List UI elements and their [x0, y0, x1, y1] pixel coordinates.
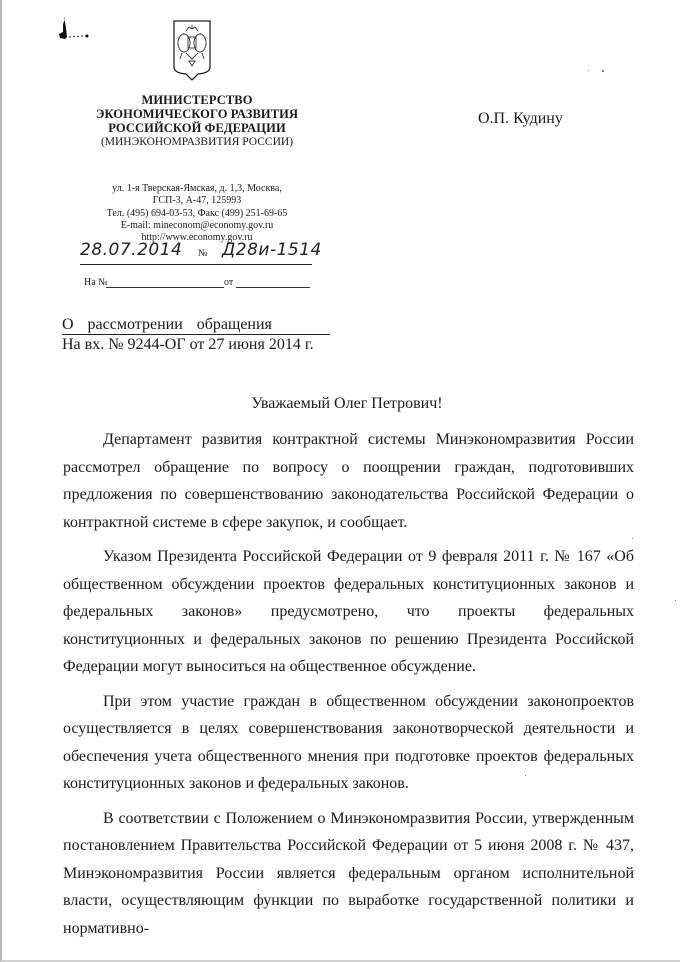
ministry-short-name: (МИНЭКОНОМРАЗВИТИЯ РОССИИ)	[82, 135, 312, 149]
registration-line: 28.07.2014 № Д28и-1514	[80, 238, 312, 265]
scan-speck	[632, 538, 633, 539]
recipient: О.П. Кудину	[478, 110, 563, 128]
ministry-line: МИНИСТЕРСТВО	[82, 93, 312, 107]
registration-number: Д28и-1514	[222, 240, 322, 260]
ref-number-label: На №	[84, 277, 108, 288]
scan-speck	[675, 600, 676, 601]
paragraph: При этом участие граждан в общественном …	[63, 688, 634, 798]
document-page: МИНИСТЕРСТВО ЭКОНОМИЧЕСКОГО РАЗВИТИЯ РОС…	[0, 0, 680, 962]
paragraph: В соответствии с Положением о Минэкономр…	[63, 805, 634, 943]
ref-date-blank	[236, 287, 310, 288]
address-line: ГСП-3, А-47, 125993	[82, 195, 312, 207]
letter-body: Департамент развития контрактной системы…	[63, 426, 634, 949]
registration-date: 28.07.2014	[80, 240, 182, 260]
email-line: E-mail: mineconom@economy.gov.ru	[82, 220, 312, 232]
ref-number-blank	[106, 287, 224, 288]
ministry-header: МИНИСТЕРСТВО ЭКОНОМИЧЕСКОГО РАЗВИТИЯ РОС…	[82, 93, 312, 149]
subject-title: О рассмотрении обращения	[62, 315, 330, 335]
paragraph: Департамент развития контрактной системы…	[63, 426, 634, 536]
scan-mark-icon	[54, 14, 104, 44]
scan-speck	[602, 70, 604, 72]
coat-of-arms-icon	[172, 19, 212, 81]
paragraph: Указом Президента Российской Федерации о…	[63, 543, 634, 681]
ministry-line: РОССИЙСКОЙ ФЕДЕРАЦИИ	[82, 121, 312, 135]
ministry-line: ЭКОНОМИЧЕСКОГО РАЗВИТИЯ	[82, 107, 312, 121]
subject-block: О рассмотрении обращения На вх. № 9244-О…	[62, 315, 330, 354]
incoming-reference: На вх. № 9244-ОГ от 27 июня 2014 г.	[62, 335, 330, 354]
scan-speck	[525, 775, 526, 776]
ref-from-label: от	[224, 277, 233, 288]
number-sign: №	[198, 248, 208, 259]
address-line: ул. 1-я Тверская-Ямская, д. 1,3, Москва,	[82, 183, 312, 195]
scan-speck	[588, 70, 589, 71]
phone-line: Тел. (495) 694-03-53, Факс (499) 251-69-…	[82, 208, 312, 220]
salutation: Уважаемый Олег Петрович!	[2, 395, 680, 413]
ministry-address: ул. 1-я Тверская-Ямская, д. 1,3, Москва,…	[82, 183, 312, 244]
